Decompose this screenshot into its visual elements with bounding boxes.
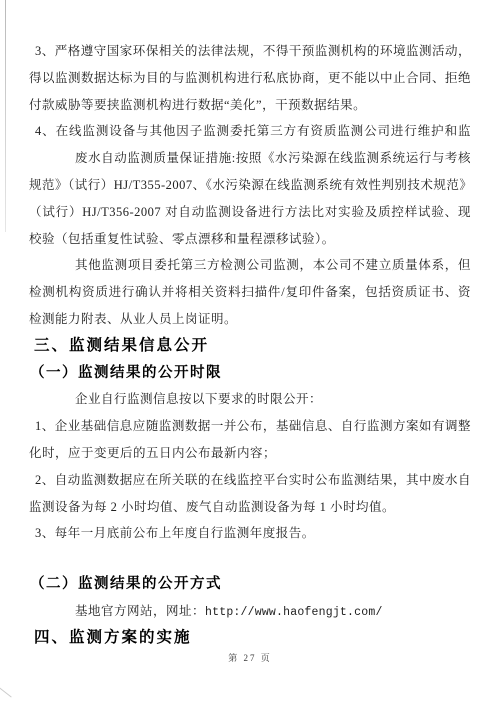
- website-url-link[interactable]: http://www.haofengjt.com/: [205, 606, 383, 619]
- page-number-footer: 第 27 页: [0, 651, 500, 664]
- body-line-rule-3-cont-2: 付款威胁等要挟监测机构进行数据“美化”，干预数据结果。: [29, 92, 471, 119]
- body-line-wastewater-qa-2: 规范》（试行）HJ/T355-2007、《水污染源在线监测系统有效性判别技术规范…: [29, 172, 471, 199]
- body-line-item-2: 2、自动监测数据应在所关联的在线监控平台实时公布监测结果，其中废水自动: [29, 467, 471, 494]
- body-line-item-2-cont: 监测设备为每 2 小时均值、废气自动监测设备为每 1 小时均值。: [29, 494, 471, 521]
- body-line-rule-3-cont-1: 得以监测数据达标为目的与监测机构进行私底协商，更不能以中止合同、拒绝: [29, 65, 471, 92]
- body-line-other-items-2: 检测机构资质进行确认并将相关资料扫描件/复印件备案，包括资质证书、资质: [29, 279, 471, 306]
- section-heading-4-implementation: 四、监测方案的实施: [34, 625, 471, 652]
- body-line-item-1-cont: 化时，应于变更后的五日内公布最新内容；: [29, 440, 471, 467]
- body-line-wastewater-qa: 废水自动监测质量保证措施:按照《水污染源在线监测系统运行与考核技术: [29, 145, 471, 172]
- body-line-website: 基地官方网站，网址：http://www.haofengjt.com/: [29, 598, 471, 625]
- body-line-wastewater-qa-4: 校验（包括重复性试验、零点漂移和量程漂移试验）。: [29, 226, 471, 253]
- subsection-heading-1-time-limit: （一）监测结果的公开时限: [30, 360, 471, 387]
- body-line-other-items-3: 检测能力附表、从业人员上岗证明。: [29, 306, 471, 333]
- body-line-item-1: 1、企业基础信息应随监测数据一并公布，基础信息、自行监测方案如有调整变: [29, 413, 471, 440]
- body-line-item-3: 3、每年一月底前公布上年度自行监测年度报告。: [29, 520, 471, 547]
- document-body: 3、严格遵守国家环保相关的法律法规，不得干预监测机构的环境监测活动，不 得以监测…: [0, 0, 500, 707]
- website-label: 基地官方网站，网址：: [75, 604, 205, 618]
- body-line-other-items: 其他监测项目委托第三方检测公司监测，本公司不建立质量体系，但已对: [29, 252, 471, 279]
- section-heading-3-disclosure: 三、监测结果信息公开: [34, 333, 471, 360]
- body-line-disclosure-intro: 企业自行监测信息按以下要求的时限公开：: [29, 386, 471, 413]
- body-line-rule-4: 4、在线监测设备与其他因子监测委托第三方有资质监测公司进行维护和监测。: [29, 118, 471, 145]
- body-line-wastewater-qa-3: （试行）HJ/T356-2007 对自动监测设备进行方法比对实验及质控样试验、现…: [29, 199, 471, 226]
- body-line-rule-3: 3、严格遵守国家环保相关的法律法规，不得干预监测机构的环境监测活动，不: [29, 38, 471, 65]
- subsection-heading-2-method: （二）监测结果的公开方式: [30, 571, 471, 598]
- document-page: 3、严格遵守国家环保相关的法律法规，不得干预监测机构的环境监测活动，不 得以监测…: [0, 0, 500, 707]
